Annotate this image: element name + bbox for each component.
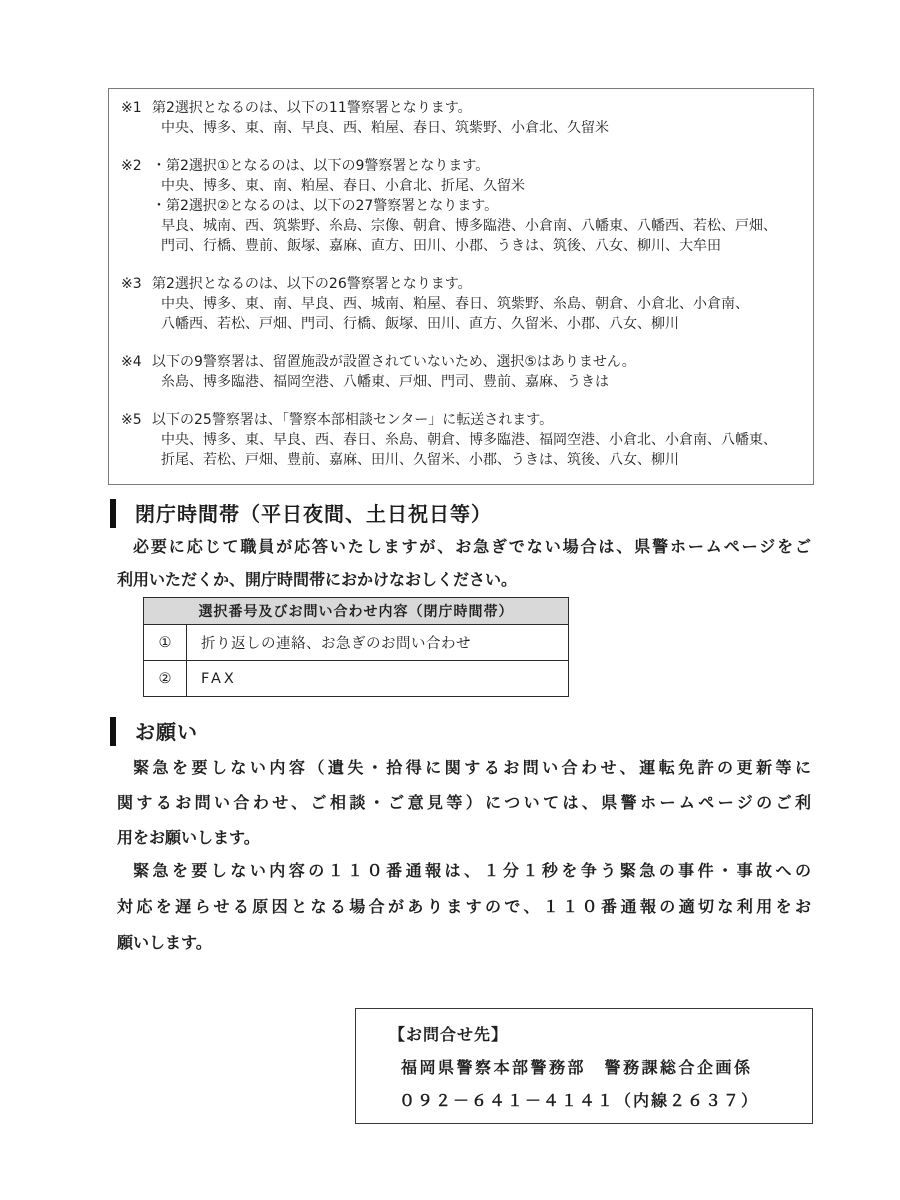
section-accent-bar: [110, 499, 116, 528]
table-header-row: 選択番号及びお問い合わせ内容（閉庁時間帯）: [144, 598, 569, 625]
table-row: ② FAX: [144, 661, 569, 697]
section-title-closed-hours: 閉庁時間帯（平日夜間、土日祝日等）: [135, 498, 492, 527]
section-title-request: お願い: [135, 716, 198, 745]
selection-number-1: ①: [144, 625, 187, 661]
selection-number-2: ②: [144, 661, 187, 697]
note-line: 以下の9警察署は、留置施設が設置されていないため、選択⑤はありません。: [152, 352, 805, 372]
note-label: ※3: [121, 274, 152, 294]
note-label: ※4: [121, 352, 152, 372]
paragraph-line: 対応を遅らせる原因となる場合がありますので、１１０番通報の適切な利用をお: [117, 889, 811, 925]
note-label: ※5: [121, 410, 152, 430]
note-line: 第2選択となるのは、以下の11警察署となります。: [152, 98, 805, 118]
note-body: 第2選択となるのは、以下の26警察署となります。 中央、博多、東、南、早良、西、…: [152, 274, 805, 334]
document-page: ※1 第2選択となるのは、以下の11警察署となります。 中央、博多、東、南、早良…: [0, 0, 900, 1200]
request-paragraph-1: 緊急を要しない内容（遺失・拾得に関するお問い合わせ、運転免許の更新等に 関するお…: [117, 750, 811, 855]
contact-label: 【お問合せ先】: [389, 1022, 508, 1045]
note-line: 八幡西、若松、戸畑、門司、行橋、飯塚、田川、直方、久留米、小郡、八女、柳川: [161, 314, 805, 334]
note-line: 中央、博多、東、南、早良、西、城南、粕屋、春日、筑紫野、糸島、朝倉、小倉北、小倉…: [161, 294, 805, 314]
note-label: ※2: [121, 156, 152, 176]
paragraph-line: 利用いただくか、開庁時間帯におかけなおしください。: [117, 563, 811, 596]
note-body: 第2選択となるのは、以下の11警察署となります。 中央、博多、東、南、早良、西、…: [152, 98, 805, 138]
note-line: 中央、博多、東、早良、西、春日、糸島、朝倉、博多臨港、福岡空港、小倉北、小倉南、…: [161, 430, 805, 450]
note-5: ※5 以下の25警察署は、「警察本部相談センター」に転送されます。 中央、博多、…: [121, 410, 805, 470]
paragraph-line: 関するお問い合わせ、ご相談・ご意見等）については、県警ホームページのご利: [117, 785, 811, 820]
section-accent-bar: [110, 717, 116, 746]
note-body: ・第2選択①となるのは、以下の9警察署となります。 中央、博多、東、南、粕屋、春…: [152, 156, 805, 256]
paragraph-line: 必要に応じて職員が応答いたしますが、お急ぎでない場合は、県警ホームページをご: [117, 530, 811, 563]
note-line: 中央、博多、東、南、粕屋、春日、小倉北、折尾、久留米: [161, 176, 805, 196]
request-paragraph-2: 緊急を要しない内容の１１０番通報は、１分１秒を争う緊急の事件・事故への 対応を遅…: [117, 853, 811, 961]
note-line: ・第2選択②となるのは、以下の27警察署となります。: [152, 196, 805, 216]
selection-content-1: 折り返しの連絡、お急ぎのお問い合わせ: [187, 625, 569, 661]
paragraph-line: 願いします。: [117, 925, 811, 961]
note-1: ※1 第2選択となるのは、以下の11警察署となります。 中央、博多、東、南、早良…: [121, 98, 805, 138]
note-label: ※1: [121, 98, 152, 118]
note-line: 折尾、若松、戸畑、豊前、嘉麻、田川、久留米、小郡、うきは、筑後、八女、柳川: [161, 450, 805, 470]
table-header: 選択番号及びお問い合わせ内容（閉庁時間帯）: [144, 598, 569, 625]
paragraph-line: 緊急を要しない内容の１１０番通報は、１分１秒を争う緊急の事件・事故への: [117, 853, 811, 889]
closed-hours-paragraph: 必要に応じて職員が応答いたしますが、お急ぎでない場合は、県警ホームページをご 利…: [117, 530, 811, 596]
note-line: 以下の25警察署は、「警察本部相談センター」に転送されます。: [152, 410, 805, 430]
note-line: 中央、博多、東、南、早良、西、粕屋、春日、筑紫野、小倉北、久留米: [161, 118, 805, 138]
note-2: ※2 ・第2選択①となるのは、以下の9警察署となります。 中央、博多、東、南、粕…: [121, 156, 805, 256]
selection-content-2: FAX: [187, 661, 569, 697]
note-line: 早良、城南、西、筑紫野、糸島、宗像、朝倉、博多臨港、小倉南、八幡東、八幡西、若松…: [161, 216, 805, 236]
paragraph-line: 緊急を要しない内容（遺失・拾得に関するお問い合わせ、運転免許の更新等に: [117, 750, 811, 785]
note-3: ※3 第2選択となるのは、以下の26警察署となります。 中央、博多、東、南、早良…: [121, 274, 805, 334]
contact-department: 福岡県警察本部警務部 警務課総合企画係: [401, 1055, 753, 1078]
contact-box: 【お問合せ先】 福岡県警察本部警務部 警務課総合企画係 ０９２－６４１－４１４１…: [355, 1008, 813, 1124]
note-4: ※4 以下の9警察署は、留置施設が設置されていないため、選択⑤はありません。 糸…: [121, 352, 805, 392]
note-line: ・第2選択①となるのは、以下の9警察署となります。: [152, 156, 805, 176]
note-line: 第2選択となるのは、以下の26警察署となります。: [152, 274, 805, 294]
note-line: 糸島、博多臨港、福岡空港、八幡東、戸畑、門司、豊前、嘉麻、うきは: [161, 372, 805, 392]
contact-phone: ０９２－６４１－４１４１（内線２６３７）: [399, 1088, 759, 1111]
note-body: 以下の25警察署は、「警察本部相談センター」に転送されます。 中央、博多、東、早…: [152, 410, 805, 470]
notes-box: ※1 第2選択となるのは、以下の11警察署となります。 中央、博多、東、南、早良…: [108, 88, 814, 485]
note-body: 以下の9警察署は、留置施設が設置されていないため、選択⑤はありません。 糸島、博…: [152, 352, 805, 392]
selection-table: 選択番号及びお問い合わせ内容（閉庁時間帯） ① 折り返しの連絡、お急ぎのお問い合…: [143, 597, 569, 697]
table-row: ① 折り返しの連絡、お急ぎのお問い合わせ: [144, 625, 569, 661]
note-line: 門司、行橋、豊前、飯塚、嘉麻、直方、田川、小郡、うきは、筑後、八女、柳川、大牟田: [161, 236, 805, 256]
paragraph-line: 用をお願いします。: [117, 820, 811, 855]
